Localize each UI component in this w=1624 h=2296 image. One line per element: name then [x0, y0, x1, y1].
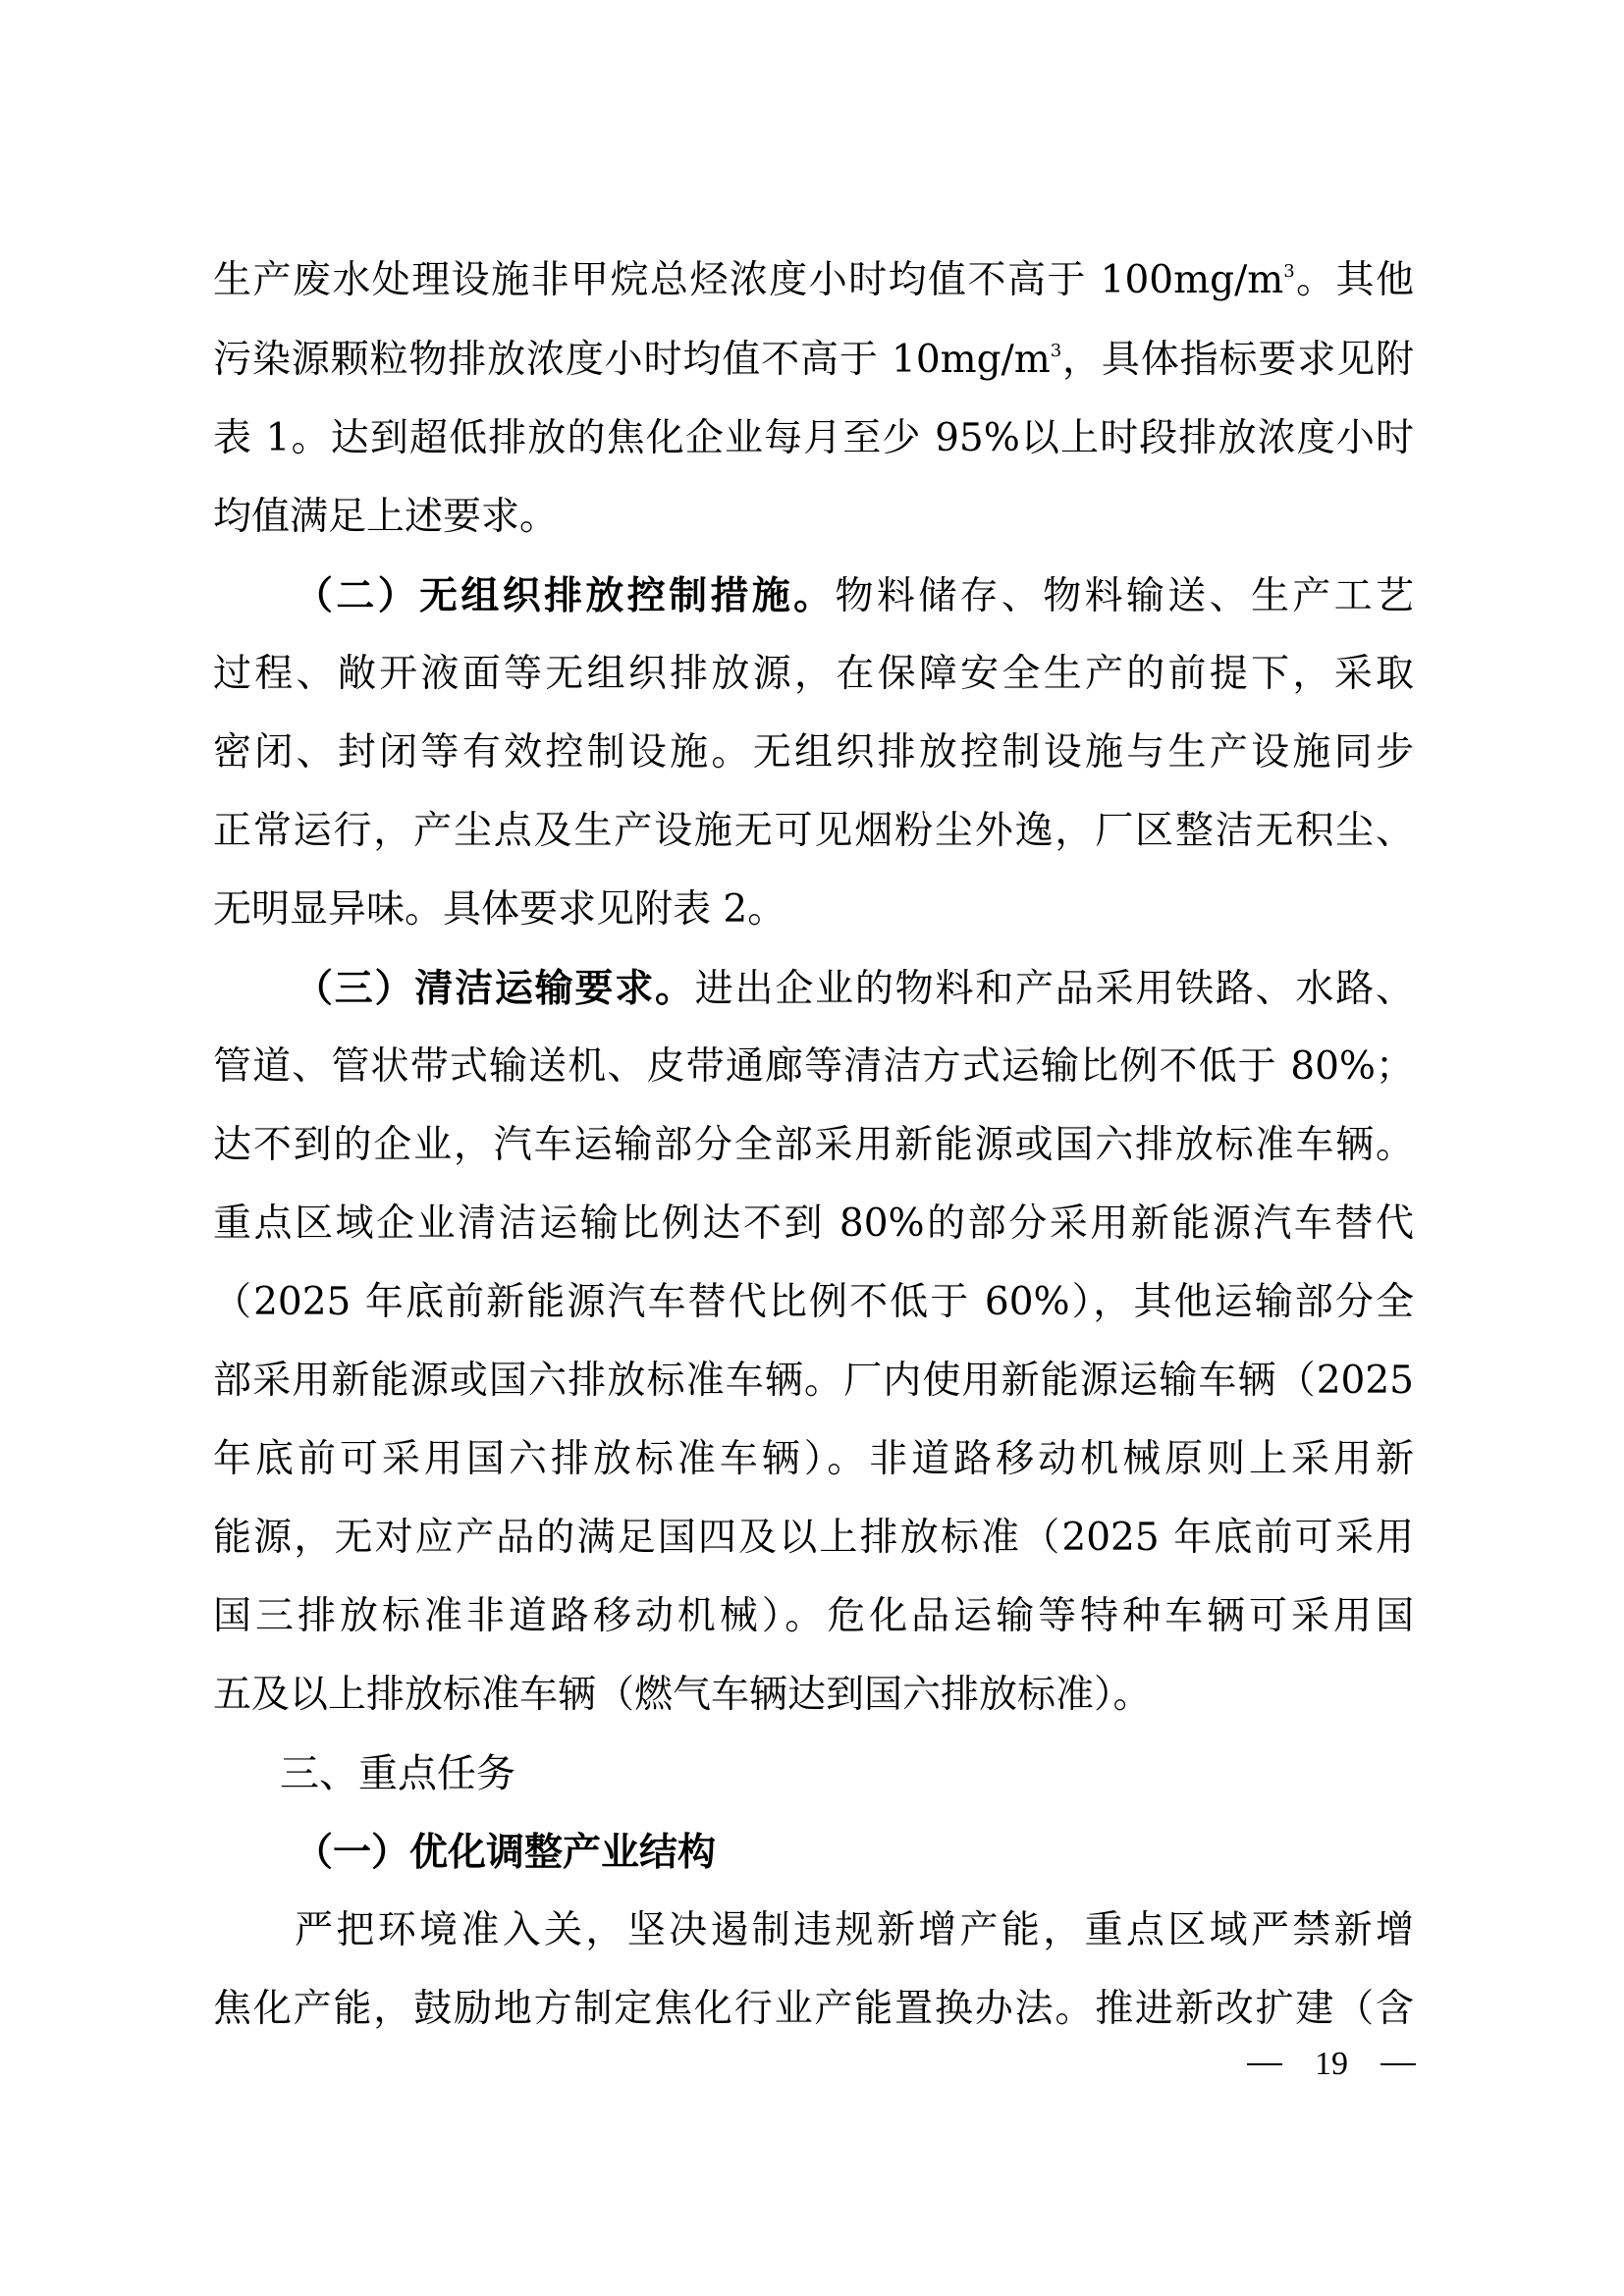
superscript: 3 — [1051, 341, 1061, 361]
document-page: 生产废水处理设施非甲烷总烃浓度小时均值不高于 100mg/m3。其他 污染源颗粒… — [0, 0, 1624, 2296]
body-line: 正常运行，产尘点及生产设施无可见烟粉尘外逸，厂区整洁无积尘、 — [213, 792, 1414, 871]
subsection-heading: （二）无组织排放控制措施。 — [295, 573, 836, 618]
subsection-heading: （一）优化调整产业结构 — [295, 1813, 1414, 1892]
dash-left — [1247, 2063, 1282, 2065]
body-line: 焦化产能，鼓励地方制定焦化行业产能置换办法。推进新改扩建（含 — [213, 1970, 1414, 2049]
body-line: 达不到的企业，汽车运输部分全部采用新能源或国六排放标准车辆。 — [213, 1106, 1414, 1185]
body-line: 均值满足上述要求。 — [213, 478, 1414, 557]
text-run: 进出企业的物料和产品采用铁路、水路、 — [695, 967, 1414, 1011]
text-run: 生产废水处理设施非甲烷总烃浓度小时均值不高于 100mg/m — [213, 258, 1283, 302]
body-line: 无明显异味。具体要求见附表 2。 — [213, 871, 1414, 949]
text-run: 污染源颗粒物排放浓度小时均值不高于 10mg/m — [213, 338, 1051, 382]
subsection-heading: （三）清洁运输要求。 — [295, 966, 695, 1011]
body-line: 重点区域企业清洁运输比例达不到 80%的部分采用新能源汽车替代 — [213, 1185, 1414, 1263]
body-line: （2025 年底前新能源汽车替代比例不低于 60%），其他运输部分全 — [213, 1263, 1414, 1342]
body-line: 五及以上排放标准车辆（燃气车辆达到国六排放标准）。 — [213, 1656, 1414, 1735]
body-line: 生产废水处理设施非甲烷总烃浓度小时均值不高于 100mg/m3。其他 — [213, 241, 1414, 320]
body-line: 部采用新能源或国六排放标准车辆。厂内使用新能源运输车辆（2025 — [213, 1342, 1414, 1420]
body-line: 污染源颗粒物排放浓度小时均值不高于 10mg/m3，具体指标要求见附 — [213, 321, 1414, 400]
text-run: ，具体指标要求见附 — [1061, 338, 1414, 382]
page-number-footer: 19 — [1247, 2042, 1416, 2087]
body-line: 国三排放标准非道路移动机械）。危化品运输等特种车辆可采用国 — [213, 1577, 1414, 1656]
section-paragraph-start: （三）清洁运输要求。进出企业的物料和产品采用铁路、水路、 — [295, 949, 1414, 1028]
body-line: 表 1。达到超低排放的焦化企业每月至少 95%以上时段排放浓度小时 — [213, 400, 1414, 478]
body-line: 能源，无对应产品的满足国四及以上排放标准（2025 年底前可采用 — [213, 1499, 1414, 1577]
page-number: 19 — [1315, 2042, 1348, 2087]
text-run: 。其他 — [1295, 258, 1414, 302]
section-paragraph-start: （二）无组织排放控制措施。物料储存、物料输送、生产工艺 — [295, 557, 1414, 635]
body-line: 严把环境准入关，坚决遏制违规新增产能，重点区域严禁新增 — [295, 1892, 1414, 1970]
body-line: 年底前可采用国六排放标准车辆）。非道路移动机械原则上采用新 — [213, 1420, 1414, 1499]
superscript: 3 — [1283, 261, 1294, 282]
dash-right — [1380, 2063, 1416, 2065]
body-line: 密闭、封闭等有效控制设施。无组织排放控制设施与生产设施同步 — [213, 714, 1414, 792]
section-heading: 三、重点任务 — [280, 1735, 1399, 1813]
body-line: 过程、敞开液面等无组织排放源，在保障安全生产的前提下，采取 — [213, 635, 1414, 714]
body-line: 管道、管状带式输送机、皮带通廊等清洁方式运输比例不低于 80%； — [213, 1028, 1414, 1106]
text-run: 物料储存、物料输送、生产工艺 — [836, 574, 1415, 618]
